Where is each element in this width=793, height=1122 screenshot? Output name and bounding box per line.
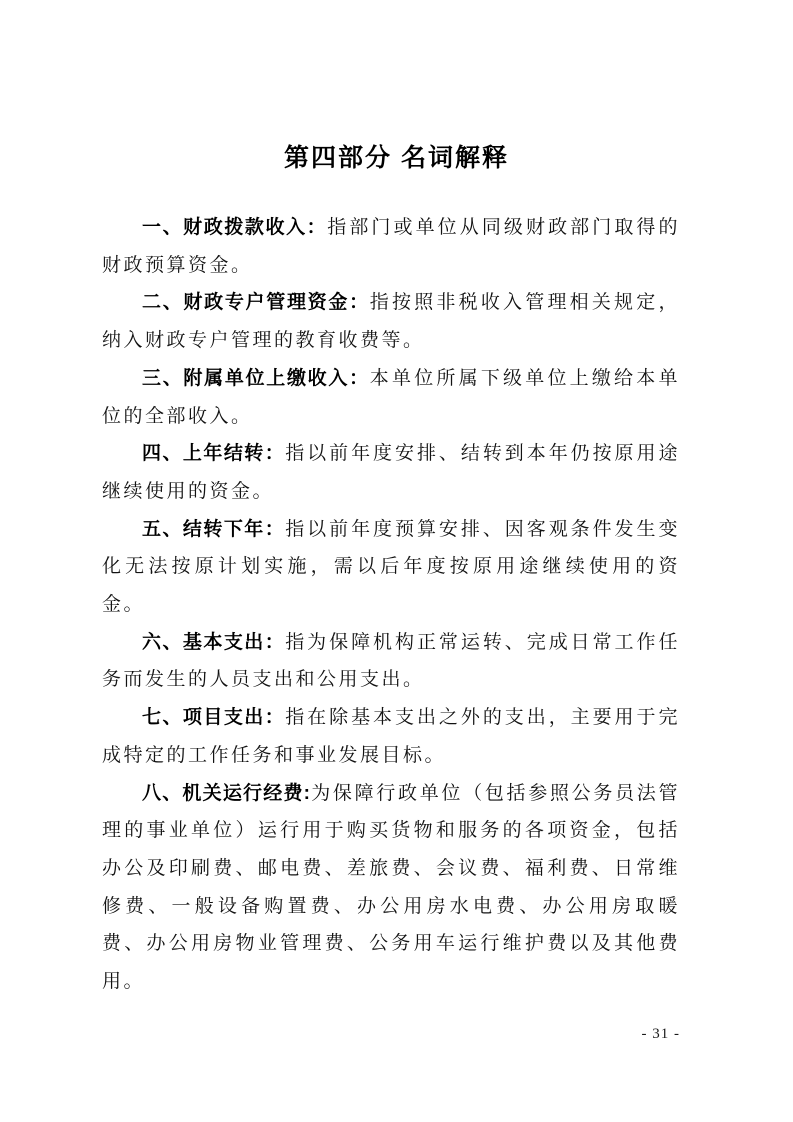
document-title: 第四部分 名词解释	[0, 138, 793, 174]
glossary-content: 一、财政拨款收入：指部门或单位从同级财政部门取得的财政预算资金。 二、财政专户管…	[102, 209, 680, 1001]
glossary-term-3: 三、附属单位上缴收入：本单位所属下级单位上缴给本单位的全部收入。	[102, 360, 680, 435]
term-label: 八、机关运行经费:	[142, 783, 311, 804]
document-page: 第四部分 名词解释 一、财政拨款收入：指部门或单位从同级财政部门取得的财政预算资…	[0, 0, 793, 1122]
term-label: 七、项目支出：	[142, 707, 285, 728]
term-label: 五、结转下年：	[142, 519, 285, 540]
glossary-term-4: 四、上年结转：指以前年度安排、结转到本年仍按原用途继续使用的资金。	[102, 435, 680, 510]
term-label: 二、财政专户管理资金：	[142, 292, 370, 313]
glossary-term-2: 二、财政专户管理资金：指按照非税收入管理相关规定，纳入财政专户管理的教育收费等。	[102, 284, 680, 359]
term-label: 六、基本支出：	[142, 632, 285, 653]
glossary-term-6: 六、基本支出：指为保障机构正常运转、完成日常工作任务而发生的人员支出和公用支出。	[102, 624, 680, 699]
glossary-term-8: 八、机关运行经费:为保障行政单位（包括参照公务员法管理的事业单位）运行用于购买货…	[102, 775, 680, 1001]
glossary-term-5: 五、结转下年：指以前年度预算安排、因客观条件发生变化无法按原计划实施，需以后年度…	[102, 511, 680, 624]
term-label: 三、附属单位上缴收入：	[142, 368, 370, 389]
term-definition: 为保障行政单位（包括参照公务员法管理的事业单位）运行用于购买货物和服务的各项资金…	[102, 783, 680, 993]
page-number: - 31 -	[102, 1026, 680, 1043]
term-label: 四、上年结转：	[142, 443, 285, 464]
term-label: 一、财政拨款收入：	[142, 217, 327, 238]
glossary-term-1: 一、财政拨款收入：指部门或单位从同级财政部门取得的财政预算资金。	[102, 209, 680, 284]
glossary-term-7: 七、项目支出：指在除基本支出之外的支出，主要用于完成特定的工作任务和事业发展目标…	[102, 699, 680, 774]
